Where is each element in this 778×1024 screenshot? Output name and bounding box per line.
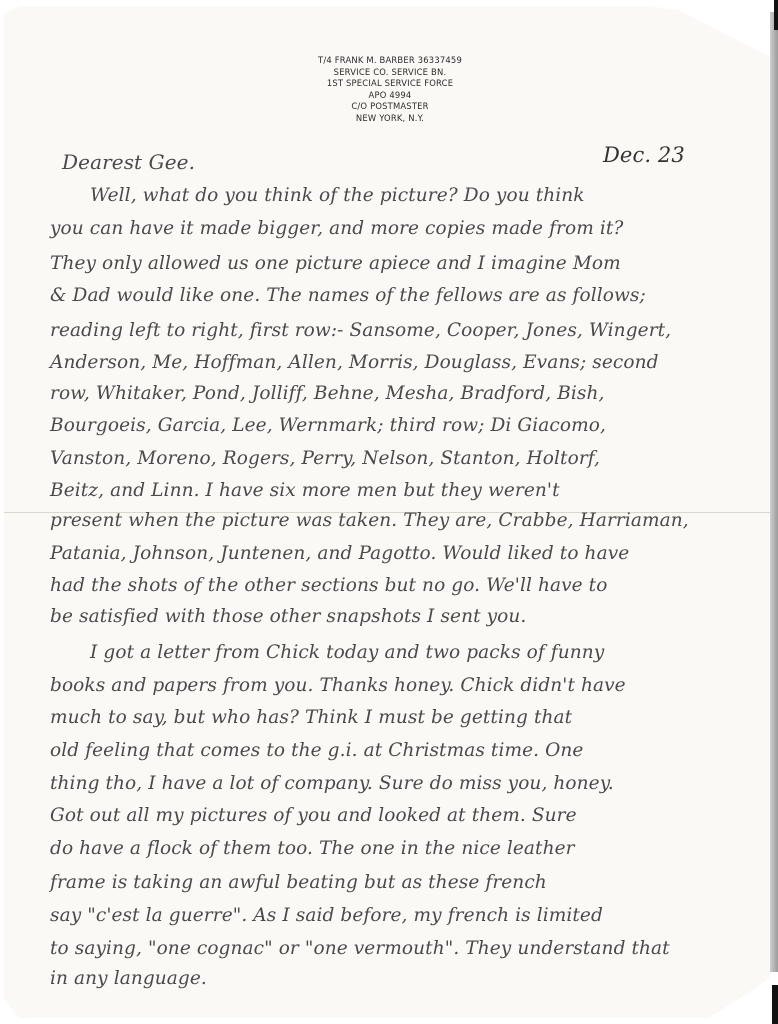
letter-line: present when the picture was taken. They… <box>50 510 689 531</box>
letterhead-line: 1ST SPECIAL SERVICE FORCE <box>280 78 500 90</box>
letter-line: books and papers from you. Thanks honey.… <box>50 675 626 696</box>
letter-line: Well, what do you think of the picture? … <box>90 185 585 206</box>
letter-line: frame is taking an awful beating but as … <box>50 872 547 893</box>
letterhead-line: SERVICE CO. SERVICE BN. <box>280 67 500 79</box>
letter-line: say "c'est la guerre". As I said before,… <box>50 905 603 926</box>
letter-line: Bourgoeis, Garcia, Lee, Wernmark; third … <box>50 415 606 436</box>
letter-line: Got out all my pictures of you and looke… <box>50 805 577 826</box>
letter-date: Dec. 23 <box>603 143 685 167</box>
letter-line: much to say, but who has? Think I must b… <box>50 707 572 728</box>
letter-line: old feeling that comes to the g.i. at Ch… <box>50 740 583 761</box>
letter-line: row, Whitaker, Pond, Jolliff, Behne, Mes… <box>50 383 605 404</box>
letter-line: Patania, Johnson, Juntenen, and Pagotto.… <box>50 543 629 564</box>
scan-border <box>774 0 778 30</box>
letter-line: in any language. <box>50 968 207 989</box>
letter-line: do have a flock of them too. The one in … <box>50 838 575 859</box>
letter-line: be satisfied with those other snapshots … <box>50 606 526 627</box>
letterhead-line: APO 4994 <box>280 90 500 102</box>
letterhead: T/4 FRANK M. BARBER 36337459 SERVICE CO.… <box>280 55 500 125</box>
scan-border <box>772 985 778 1024</box>
letter-line: They only allowed us one picture apiece … <box>50 253 621 274</box>
letter-line: & Dad would like one. The names of the f… <box>50 285 646 306</box>
letter-line: I got a letter from Chick today and two … <box>90 642 604 663</box>
letter-line: Vanston, Moreno, Rogers, Perry, Nelson, … <box>50 448 600 469</box>
letter-line: reading left to right, first row:- Sanso… <box>50 320 671 341</box>
letter-line: thing tho, I have a lot of company. Sure… <box>50 773 614 794</box>
salutation: Dearest Gee. <box>62 150 195 174</box>
letter-line: to saying, "one cognac" or "one vermouth… <box>50 938 670 959</box>
page-edge-shadow <box>770 12 778 972</box>
letter-line: Anderson, Me, Hoffman, Allen, Morris, Do… <box>50 352 659 373</box>
letter-line: had the shots of the other sections but … <box>50 575 607 596</box>
letterhead-line: C/O POSTMASTER <box>280 101 500 113</box>
letter-line: you can have it made bigger, and more co… <box>50 218 623 239</box>
letterhead-line: NEW YORK, N.Y. <box>280 113 500 125</box>
letter-line: Beitz, and Linn. I have six more men but… <box>50 480 560 501</box>
letterhead-line: T/4 FRANK M. BARBER 36337459 <box>280 55 500 67</box>
